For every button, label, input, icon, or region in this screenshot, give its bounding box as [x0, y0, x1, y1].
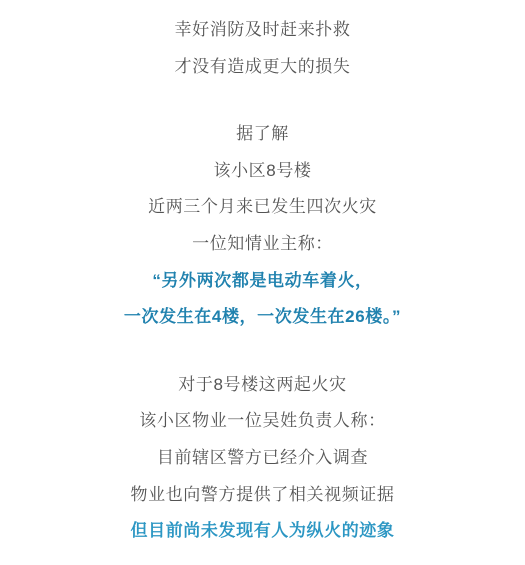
article-line: 一位知情业主称：: [0, 226, 525, 263]
article-quote-line: “另外两次都是电动车着火，: [0, 263, 525, 300]
article-page: 幸好消防及时赶来扑救 才没有造成更大的损失 据了解 该小区8号楼 近两三个月来已…: [0, 0, 525, 565]
article-line: 据了解: [0, 116, 525, 153]
article-line: 该小区物业一位吴姓负责人称：: [0, 403, 525, 440]
paragraph-investigation: 对于8号楼这两起火灾 该小区物业一位吴姓负责人称： 目前辖区警方已经介入调查 物…: [0, 367, 525, 550]
paragraph-background-and-quote: 据了解 该小区8号楼 近两三个月来已发生四次火灾 一位知情业主称： “另外两次都…: [0, 116, 525, 336]
article-line: 物业也向警方提供了相关视频证据: [0, 477, 525, 514]
article-line: 目前辖区警方已经介入调查: [0, 440, 525, 477]
article-line: 对于8号楼这两起火灾: [0, 367, 525, 404]
article-line: 该小区8号楼: [0, 153, 525, 190]
article-line: 幸好消防及时赶来扑救: [0, 12, 525, 49]
paragraph-fire-rescued: 幸好消防及时赶来扑救 才没有造成更大的损失: [0, 12, 525, 85]
article-conclusion-line: 但目前尚未发现有人为纵火的迹象: [0, 513, 525, 550]
article-line: 近两三个月来已发生四次火灾: [0, 189, 525, 226]
article-line: 才没有造成更大的损失: [0, 49, 525, 86]
article-quote-line: 一次发生在4楼，一次发生在26楼。”: [0, 299, 525, 336]
